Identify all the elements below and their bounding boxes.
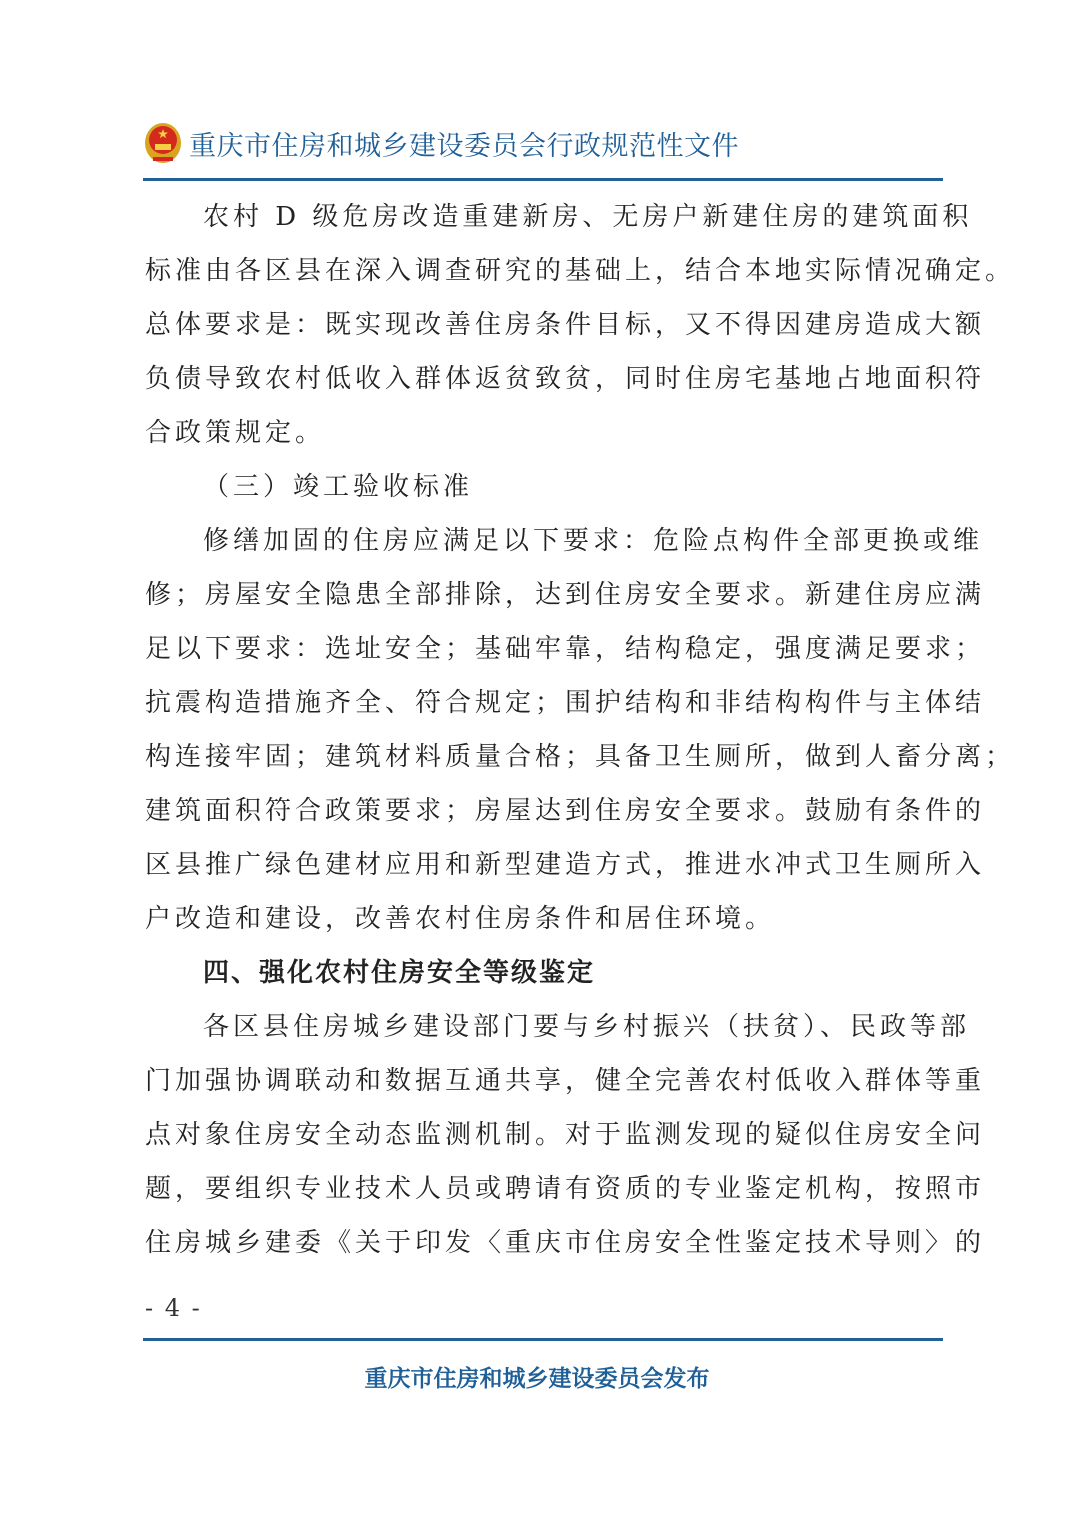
text-line: 户改造和建设，改善农村住房条件和居住环境。	[145, 892, 945, 946]
footer-publisher: 重庆市住房和城乡建设委员会发布	[0, 1360, 1074, 1393]
text-line: 合政策规定。	[145, 406, 945, 460]
page-number: - 4 -	[145, 1294, 202, 1322]
national-emblem-icon	[143, 121, 183, 165]
text-line: 建筑面积符合政策要求；房屋达到住房安全要求。鼓励有条件的	[145, 784, 945, 838]
text-line: 住房城乡建委《关于印发〈重庆市住房安全性鉴定技术导则〉的	[145, 1216, 945, 1270]
text-line: 足以下要求：选址安全；基础牢靠，结构稳定，强度满足要求；	[145, 622, 945, 676]
header-title: 重庆市住房和城乡建设委员会行政规范性文件	[189, 124, 739, 163]
text-line: 构连接牢固；建筑材料质量合格；具备卫生厕所，做到人畜分离；	[145, 730, 945, 784]
text-line: 门加强协调联动和数据互通共享，健全完善农村低收入群体等重	[145, 1054, 945, 1108]
footer-divider	[143, 1338, 943, 1341]
text-line: 各区县住房城乡建设部门要与乡村振兴（扶贫）、民政等部	[145, 1000, 945, 1054]
text-line: 农村 D 级危房改造重建新房、无房户新建住房的建筑面积	[145, 190, 945, 244]
text-line: 抗震构造措施齐全、符合规定；围护结构和非结构构件与主体结	[145, 676, 945, 730]
text-line: 标准由各区县在深入调查研究的基础上，结合本地实际情况确定。	[145, 244, 945, 298]
document-body: 农村 D 级危房改造重建新房、无房户新建住房的建筑面积标准由各区县在深入调查研究…	[145, 190, 945, 1270]
text-line: 修缮加固的住房应满足以下要求：危险点构件全部更换或维	[145, 514, 945, 568]
header-divider	[143, 178, 943, 181]
text-line: 题，要组织专业技术人员或聘请有资质的专业鉴定机构，按照市	[145, 1162, 945, 1216]
section-heading: 四、强化农村住房安全等级鉴定	[145, 946, 945, 1000]
text-line: （三）竣工验收标准	[145, 460, 945, 514]
text-line: 点对象住房安全动态监测机制。对于监测发现的疑似住房安全问	[145, 1108, 945, 1162]
document-header: 重庆市住房和城乡建设委员会行政规范性文件	[143, 118, 943, 168]
text-line: 负债导致农村低收入群体返贫致贫，同时住房宅基地占地面积符	[145, 352, 945, 406]
text-line: 区县推广绿色建材应用和新型建造方式，推进水冲式卫生厕所入	[145, 838, 945, 892]
text-line: 总体要求是：既实现改善住房条件目标，又不得因建房造成大额	[145, 298, 945, 352]
text-line: 修；房屋安全隐患全部排除，达到住房安全要求。新建住房应满	[145, 568, 945, 622]
